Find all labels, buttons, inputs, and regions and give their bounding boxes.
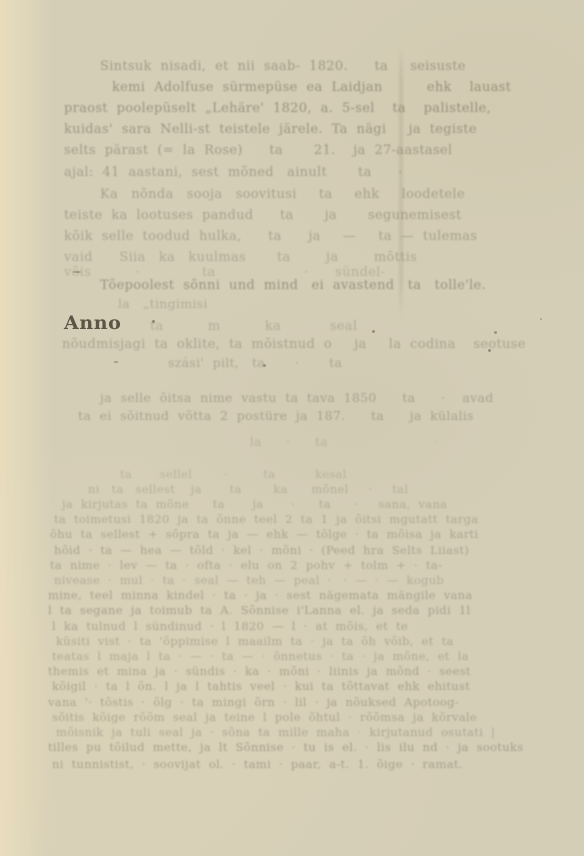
faded-text-line: szási' pilt, ta · ta — [168, 357, 342, 370]
faded-text-line: tilles pu tõilud mette, ja lt Sõnnise · … — [48, 742, 523, 754]
faded-text-line: vana '· tõstis · õlg · ta mingi õrn · li… — [48, 697, 459, 709]
faded-text-line: mõisnik ja tuli seal ja · sõna ta mille … — [56, 727, 495, 739]
faded-text-line: la „tingimisi — [118, 298, 208, 311]
ink-speck — [152, 320, 155, 323]
faded-text-line: vaid Siia ka kuulmas ta ja mõttis — [64, 251, 417, 264]
faded-text-line: ta sellel · ta kesal — [120, 469, 347, 481]
faded-text-line: kuidas' sara Nelli-st teistele järele. T… — [64, 123, 477, 136]
faded-text-line: hõid · ta — hea — tõld · kel · mõni · (P… — [54, 545, 469, 557]
faded-text-line: ni ta sellest ja ta ka mõnel · tal — [88, 484, 408, 496]
faded-text-line: teiste ka lootuses pandud ta ja segunemi… — [64, 209, 461, 222]
faded-text-line: Sintsuk nisadi, et nii saab- 1820. ta se… — [100, 60, 466, 73]
faded-text-line: ta nime · lev — ta · ofta · elu on 2 poh… — [50, 560, 442, 572]
faded-text-line: ta ei sõitnud võtta 2 postüre ja 187. ta… — [78, 410, 474, 423]
ink-speck — [372, 330, 375, 333]
faded-text-line: ja kirjutas ta mõne ta ja · ta · sana, v… — [62, 499, 447, 511]
faded-text-line: Tõepoolest sõnni und mind ei avastend ta… — [100, 279, 486, 292]
faded-text-line: ni tunnistist, · soovijat ol. · tami · p… — [52, 759, 463, 771]
faded-text-line: nõudmisjagi ta oklite, ta mõistnud o ja … — [62, 338, 526, 351]
faded-text-line: ta toimetusi 1820 ja ta õnne teel 2 ta 1… — [54, 514, 478, 526]
ink-speck — [494, 331, 497, 334]
faded-text-line: ajal: 41 aastani, sest mõned ainult ta · — [64, 166, 403, 179]
faded-text-line: l ka tulnud l sündinud · l 1820 — l · at… — [52, 621, 408, 633]
faded-text-line: themis et mina ja · sündis · ka · mõni ·… — [48, 666, 471, 678]
faded-text-line: nivease · mul · ta · seal — teh — peal ·… — [54, 575, 444, 587]
faded-text-line: praost poolepüselt „Lehäre' 1820, a. 5-s… — [64, 102, 491, 115]
faded-text-line: kõik selle toodud hulka, ta ja — ta — tu… — [64, 230, 477, 243]
ink-speck — [488, 349, 491, 352]
faded-text-line: küsiti vist · ta 'õppimise l maailm ta ·… — [56, 636, 454, 648]
ink-speck — [540, 318, 542, 320]
ink-speck — [73, 271, 81, 273]
ink-speck — [114, 361, 118, 363]
scanned-document-page: Anno Sintsuk nisadi, et nii saab- 1820. … — [0, 0, 584, 856]
faded-text-line: kõigil · ta l õn. l ja l tahtis veel · k… — [52, 681, 470, 693]
faded-text-line: kemi Adolfuse sürmepüse ea Laidjan ehk l… — [112, 81, 511, 94]
faded-text-line: l ta segane ja toimub ta A. Sõnnise i'La… — [48, 605, 470, 617]
faded-text-line: Ka nõnda sooja soovitusi ta ehk loodetel… — [100, 188, 465, 201]
anno-heading: Anno — [64, 312, 121, 334]
faded-text-line: teatas l maja l ta · — · ta — · õnnetus … — [52, 651, 469, 663]
faded-text-line: selts pärast (= la Rose) ta 21. ja 27-aa… — [64, 144, 452, 157]
faded-text-line: õhu ta sellest + sõpra ta ja — ehk — tõl… — [50, 529, 478, 541]
faded-text-line: ja selle õitsa nime vastu ta tava 1850 t… — [100, 392, 494, 405]
page-left-edge — [0, 0, 52, 856]
faded-text-line: mine, teel minna kindel · ta · ja · sest… — [48, 590, 473, 602]
faded-text-line: ta m ka seal — [150, 320, 357, 333]
ink-speck — [263, 364, 266, 367]
faded-text-line: sõitis kõige rõõm seal ja teine l pole õ… — [52, 712, 477, 724]
faded-text-line: la · ta · — [250, 436, 439, 448]
